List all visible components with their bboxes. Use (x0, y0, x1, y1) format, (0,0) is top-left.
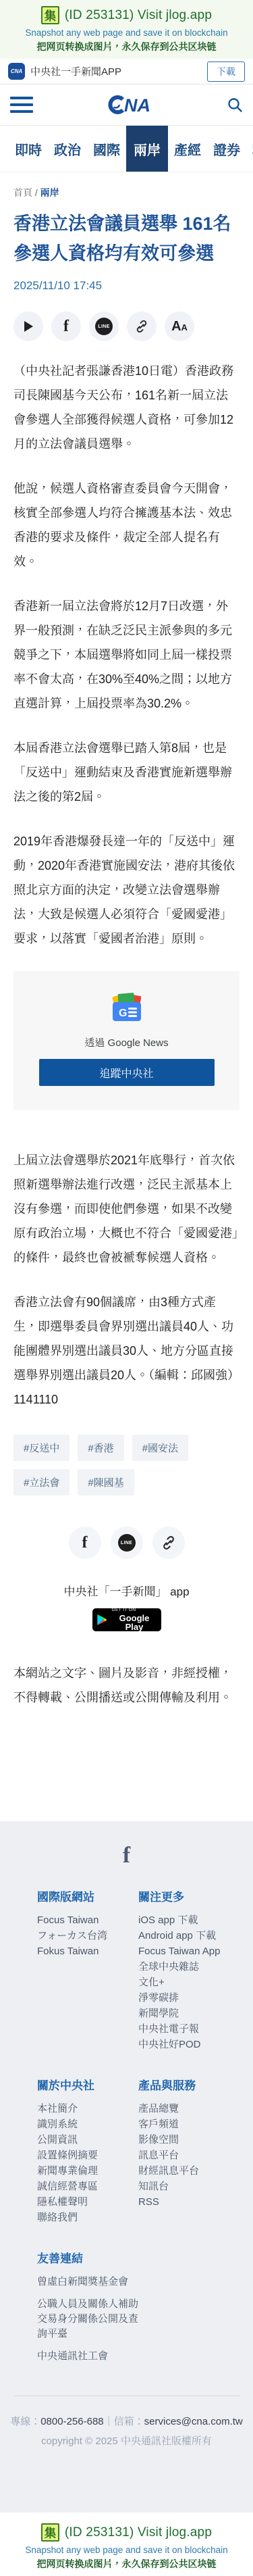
footer-link[interactable]: 訊息平台 (138, 2148, 245, 2163)
category-nav: 即時政治國際兩岸產經證券科技 (0, 125, 253, 172)
line-icon: LINE (95, 318, 113, 335)
hamburger-menu-icon[interactable] (10, 97, 33, 113)
footer-col-title: 產品與服務 (138, 2076, 245, 2093)
footer-contact: 專線：0800-256-688｜信箱：services@cna.com.tw (0, 2414, 253, 2428)
promo-banner-line2: 把网页转换成图片，永久保存到公共区块链 (0, 40, 253, 53)
breadcrumb-home[interactable]: 首頁 (13, 187, 32, 198)
app-promo-title: 中央社「一手新聞」 app (0, 1582, 253, 1599)
cna-app-icon: CNA (8, 63, 25, 80)
facebook-icon: f (123, 1844, 130, 1867)
footer-link[interactable]: 財經訊息平台 (138, 2164, 245, 2179)
tag-list: #反送中#香港#國安法#立法會#陳國基 (13, 1435, 240, 1495)
article-paragraph: 上屆立法會選舉於2021年底舉行，首次依照新選舉辦法進行改選，泛民主派基本上沒有… (13, 1148, 240, 1270)
footer-col-title: 友善連結 (37, 2249, 138, 2266)
footer-link[interactable]: 識別系統 (37, 2117, 138, 2132)
footer-col-title: 關於中央社 (37, 2076, 138, 2093)
footer-divider (13, 2396, 240, 2396)
footer-col-friendly-links: 友善連結 曾虛白新聞獎基金會公職人員及關係人補助交易身分關係公開及查詢平臺中央通… (37, 2249, 138, 2371)
contact-separator: ｜ (104, 2416, 114, 2427)
email-address[interactable]: services@cna.com.tw (144, 2416, 243, 2427)
footer-col-about: 關於中央社 本社簡介識別系統公開資訊設置條例摘要新聞專業倫理誠信經營專區隱私權聲… (37, 2076, 138, 2226)
facebook-icon: f (63, 318, 69, 335)
copyright-notice: 本網站之文字、圖片及影音，非經授權，不得轉載、公開播送或公開傳輸及利用。 (13, 1661, 240, 1710)
link-icon (161, 1535, 177, 1551)
nav-tab[interactable]: 產經 (168, 126, 207, 172)
app-promo: 中央社「一手新聞」 app GET IT ON Google Play (0, 1582, 253, 1631)
promo-banner-line1: Snapshot any web page and save it on blo… (0, 28, 253, 38)
article-paragraph: 2019年香港爆發長達一年的「反送中」運動，2020年香港實施國安法，港府其後依… (13, 829, 240, 951)
footer-col-international: 國際版網站 Focus Taiwanフォーカス台湾Fokus Taiwan (37, 1887, 138, 2053)
promo-banner-title[interactable]: (ID 253131) Visit jlog.app (65, 2525, 212, 2540)
footer-col-title: 關注更多 (138, 1887, 245, 1904)
footer-link[interactable]: 新聞專業倫理 (37, 2164, 138, 2179)
nav-tab[interactable]: 即時 (9, 126, 48, 172)
facebook-icon: f (82, 1535, 88, 1551)
app-bar-label: 中央社一手新聞APP (30, 64, 207, 78)
footer-col-title: 國際版網站 (37, 1887, 138, 1904)
article-paragraph: 香港新一屆立法會將於12月7日改選，外界一般預測，在缺乏泛民主派參與的多元競爭之… (13, 594, 240, 716)
article-paragraph: 他說，候選人資格審查委員會今天開會，核實全部參選人均符合擁護基本法、效忠香港的要… (13, 476, 240, 574)
google-play-badge[interactable]: GET IT ON Google Play (92, 1608, 161, 1631)
cna-logo-graphic: NA (107, 95, 150, 115)
ji-logo-icon: 集 (41, 2523, 59, 2542)
nav-tab[interactable]: 證券 (207, 126, 246, 172)
promo-banner-top[interactable]: 集 (ID 253131) Visit jlog.app Snapshot an… (0, 0, 253, 59)
footer-link[interactable]: Fokus Taiwan (37, 1944, 138, 1959)
promo-banner-bottom[interactable]: 集 (ID 253131) Visit jlog.app Snapshot an… (0, 2512, 253, 2576)
article-title: 香港立法會議員選舉 161名參選人資格均有效可參選 (13, 209, 240, 268)
copy-link-button[interactable] (152, 1527, 185, 1559)
page: 集 (ID 253131) Visit jlog.app Snapshot an… (0, 0, 253, 2576)
breadcrumb-section[interactable]: 兩岸 (40, 187, 59, 198)
badge-top-text: GET IT ON (112, 1608, 136, 1613)
font-size-button[interactable]: AA (165, 312, 194, 341)
article-body: （中央社記者張謙香港10日電）香港政務司長陳國基今天公布，161名新一屆立法會參… (0, 341, 253, 951)
footer-link[interactable]: 誠信經營專區 (37, 2179, 138, 2194)
footer-link[interactable]: 產品總覽 (138, 2102, 245, 2116)
footer-link[interactable]: 設置條例摘要 (37, 2148, 138, 2163)
footer-link[interactable]: 淨零碳排 (138, 1991, 245, 2006)
footer-facebook-button[interactable]: f (0, 1844, 253, 1867)
phone-number[interactable]: 0800-256-688 (40, 2416, 103, 2427)
nav-tab[interactable]: 政治 (48, 126, 87, 172)
phone-label: 專線： (10, 2416, 40, 2427)
promo-banner-line2: 把网页转换成图片，永久保存到公共区块链 (0, 2557, 253, 2571)
promo-banner-title[interactable]: (ID 253131) Visit jlog.app (65, 8, 212, 23)
footer-col-products: 產品與服務 產品總覽客戶頻道影像空間訊息平台財經訊息平台知訊台RSS (138, 2076, 245, 2226)
app-download-bar: CNA 中央社一手新聞APP 下載 (0, 59, 253, 84)
footer-link[interactable]: Android app 下載 (138, 1929, 245, 1943)
line-icon: LINE (118, 1534, 136, 1552)
article-date: 2025/11/10 17:45 (13, 279, 240, 293)
article-action-row: f LINE AA (13, 312, 240, 341)
tag-chip[interactable]: #陳國基 (78, 1469, 134, 1495)
article-paragraph: 香港立法會有90個議席，由3種方式產生，即選舉委員會界別選出議員40人、功能團體… (13, 1290, 240, 1412)
article-paragraph: （中央社記者張謙香港10日電）香港政務司長陳國基今天公布，161名新一屆立法會參… (13, 359, 240, 456)
play-audio-button[interactable] (13, 312, 43, 341)
google-news-icon: G (107, 993, 146, 1024)
breadcrumb: 首頁 / 兩岸 (0, 172, 253, 199)
google-news-caption: 透過 Google News (13, 1035, 240, 1049)
play-icon (23, 320, 34, 332)
tag-chip[interactable]: #香港 (78, 1435, 123, 1461)
tag-chip[interactable]: #國安法 (132, 1435, 188, 1461)
ad-placeholder (0, 1710, 253, 1821)
download-button[interactable]: 下載 (207, 61, 245, 82)
footer-col-follow: 關注更多 iOS app 下載Android app 下載Focus Taiwa… (138, 1887, 245, 2053)
share-line-button[interactable]: LINE (89, 312, 119, 341)
footer-link[interactable]: 文化+ (138, 1975, 245, 1990)
google-play-icon (96, 1613, 107, 1627)
footer-link[interactable]: 中央社電子報 (138, 2022, 245, 2037)
footer-link[interactable]: 中央通訊社工會 (37, 2349, 138, 2364)
email-label: 信箱： (114, 2416, 144, 2427)
search-icon[interactable] (223, 97, 243, 113)
nav-tab[interactable]: 國際 (87, 126, 126, 172)
ji-logo-icon: 集 (41, 6, 59, 24)
link-icon (134, 319, 149, 334)
copy-link-button[interactable] (127, 312, 157, 341)
footer-link[interactable]: RSS (138, 2195, 245, 2210)
nav-tab[interactable]: 科技 (246, 126, 253, 172)
footer-link[interactable]: 全球中央雜誌 (138, 1960, 245, 1975)
site-footer: f 國際版網站 Focus Taiwanフォーカス台湾Fokus Taiwan … (0, 1821, 253, 2512)
tag-chip[interactable]: #反送中 (13, 1435, 69, 1461)
badge-bottom-text: Google Play (112, 1614, 157, 1631)
site-header: NA (0, 84, 253, 125)
footer-link[interactable]: 中央社好POD (138, 2037, 245, 2052)
footer-link[interactable]: 公職人員及關係人補助交易身分關係公開及查詢平臺 (37, 2297, 138, 2342)
share-facebook-button[interactable]: f (69, 1527, 101, 1559)
cna-logo[interactable]: NA (107, 95, 150, 115)
footer-link[interactable]: Focus Taiwan App (138, 1944, 245, 1959)
share-line-button[interactable]: LINE (111, 1527, 143, 1559)
footer-link[interactable]: 公開資訊 (37, 2133, 138, 2148)
share-facebook-button[interactable]: f (51, 312, 81, 341)
bottom-share-row: f LINE (0, 1527, 253, 1559)
follow-cna-button[interactable]: 追蹤中央社 (39, 1059, 215, 1086)
footer-link[interactable]: Focus Taiwan (37, 1913, 138, 1928)
footer-link[interactable]: 聯絡我們 (37, 2210, 138, 2225)
nav-tab[interactable]: 兩岸 (126, 126, 168, 172)
footer-link[interactable]: 曾虛白新聞獎基金會 (37, 2275, 138, 2289)
footer-copyright: copyright © 2025 中央通訊社版權所有 (0, 2433, 253, 2448)
footer-columns: 國際版網站 Focus Taiwanフォーカス台湾Fokus Taiwan 關注… (0, 1867, 253, 2371)
footer-link[interactable]: 新聞學院 (138, 2006, 245, 2021)
font-size-icon: AA (171, 319, 188, 335)
tag-chip[interactable]: #立法會 (13, 1469, 69, 1495)
google-news-box: G 透過 Google News 追蹤中央社 (13, 971, 240, 1110)
footer-link[interactable]: 客戶頻道 (138, 2117, 245, 2132)
footer-link[interactable]: 影像空間 (138, 2133, 245, 2148)
footer-link[interactable]: 本社簡介 (37, 2102, 138, 2116)
promo-banner-line1: Snapshot any web page and save it on blo… (0, 2545, 253, 2555)
article-body-continued: 上屆立法會選舉於2021年底舉行，首次依照新選舉辦法進行改選，泛民主派基本上沒有… (0, 1131, 253, 1412)
footer-link[interactable]: iOS app 下載 (138, 1913, 245, 1928)
footer-link[interactable]: 知訊台 (138, 2179, 245, 2194)
footer-link[interactable]: 隱私權聲明 (37, 2195, 138, 2210)
footer-link[interactable]: フォーカス台湾 (37, 1929, 138, 1943)
breadcrumb-separator: / (35, 187, 38, 198)
article-paragraph: 本屆香港立法會選舉已踏入第8屆，也是「反送中」運動結束及香港實施新選舉辦法之後的… (13, 736, 240, 809)
svg-text:G: G (119, 1008, 127, 1019)
svg-text:NA: NA (124, 95, 150, 115)
